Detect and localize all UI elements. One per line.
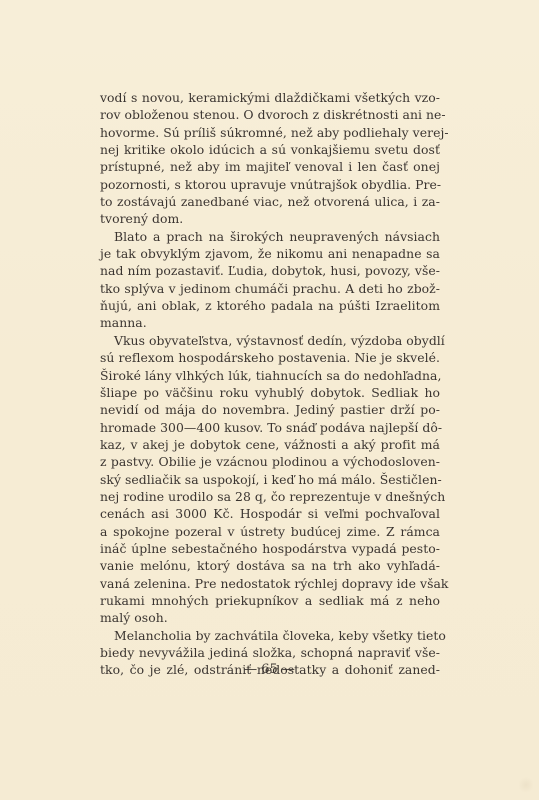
- text-line: pozornosti, s ktorou upravuje vnútrajšok…: [100, 176, 440, 193]
- text-line: nevidí od mája do novembra. Jediný pasti…: [100, 401, 440, 418]
- text-line: tvorený dom.: [100, 210, 440, 227]
- text-line: Široké lány vlhkých lúk, tiahnucích sa d…: [100, 367, 440, 384]
- text-line: ňujú, ani oblak, z ktorého padala na púš…: [100, 297, 440, 314]
- library-stamp-mark: [519, 776, 533, 794]
- text-line: malý osoh.: [100, 609, 440, 626]
- text-line: rov obloženou stenou. O dvoroch z diskré…: [100, 106, 440, 123]
- text-line: biedy nevyvážila jediná složka, schopná …: [100, 644, 440, 661]
- text-line: nej rodine urodilo sa 28 q, čo reprezent…: [100, 488, 440, 505]
- text-line: rukami mnohých priekupníkov a sedliak má…: [100, 592, 440, 609]
- text-line: ský sedliačik sa uspokojí, i keď ho má m…: [100, 471, 440, 488]
- text-line: hovorme. Sú príliš súkromné, než aby pod…: [100, 124, 440, 141]
- text-line: nej kritike okolo idúcich a sú vonkajšie…: [100, 141, 440, 158]
- text-line: a spokojne pozeral v ústrety budúcej zim…: [100, 523, 440, 540]
- text-line: prístupné, než aby im majiteľ venoval i …: [100, 158, 440, 175]
- text-line: kaz, v akej je dobytok cene, vážnosti a …: [100, 436, 440, 453]
- text-line: ináč úplne sebestačného hospodárstva vyp…: [100, 540, 440, 557]
- page-number: — 65 —: [0, 662, 539, 677]
- text-line: nad ním pozastaviť. Ľudia, dobytok, husi…: [100, 262, 440, 279]
- text-line: Blato a prach na širokých neupravených n…: [100, 228, 440, 245]
- paragraph-2: Blato a prach na širokých neupravených n…: [100, 228, 440, 332]
- text-line: hromade 300—400 kusov. To snáď podáva na…: [100, 419, 440, 436]
- text-line: Vkus obyvateľstva, výstavnosť dedín, výz…: [100, 332, 440, 349]
- text-line: z pastvy. Obilie je vzácnou plodinou a v…: [100, 453, 440, 470]
- text-line: vodí s novou, keramickými dlaždičkami vš…: [100, 89, 440, 106]
- text-line: manna.: [100, 314, 440, 331]
- text-line: je tak obvyklým zjavom, že nikomu ani ne…: [100, 245, 440, 262]
- text-line: cenách asi 3000 Kč. Hospodár si veľmi po…: [100, 505, 440, 522]
- body-text: vodí s novou, keramickými dlaždičkami vš…: [100, 89, 440, 679]
- text-line: šliape po väčšinu roku vyhublý dobytok. …: [100, 384, 440, 401]
- text-line: Melancholia by zachvátila človeka, keby …: [100, 627, 440, 644]
- paragraph-1: vodí s novou, keramickými dlaždičkami vš…: [100, 89, 440, 228]
- text-line: vaná zelenina. Pre nedostatok rýchlej do…: [100, 575, 440, 592]
- text-line: sú reflexom hospodárskeho postavenia. Ni…: [100, 349, 440, 366]
- text-line: vanie melónu, ktorý dostáva sa na trh ak…: [100, 557, 440, 574]
- text-line: tko splýva v jedinom chumáči prachu. A d…: [100, 280, 440, 297]
- text-line: to zostávajú zanedbané viac, než otvoren…: [100, 193, 440, 210]
- paragraph-3: Vkus obyvateľstva, výstavnosť dedín, výz…: [100, 332, 440, 627]
- book-page: vodí s novou, keramickými dlaždičkami vš…: [0, 0, 539, 800]
